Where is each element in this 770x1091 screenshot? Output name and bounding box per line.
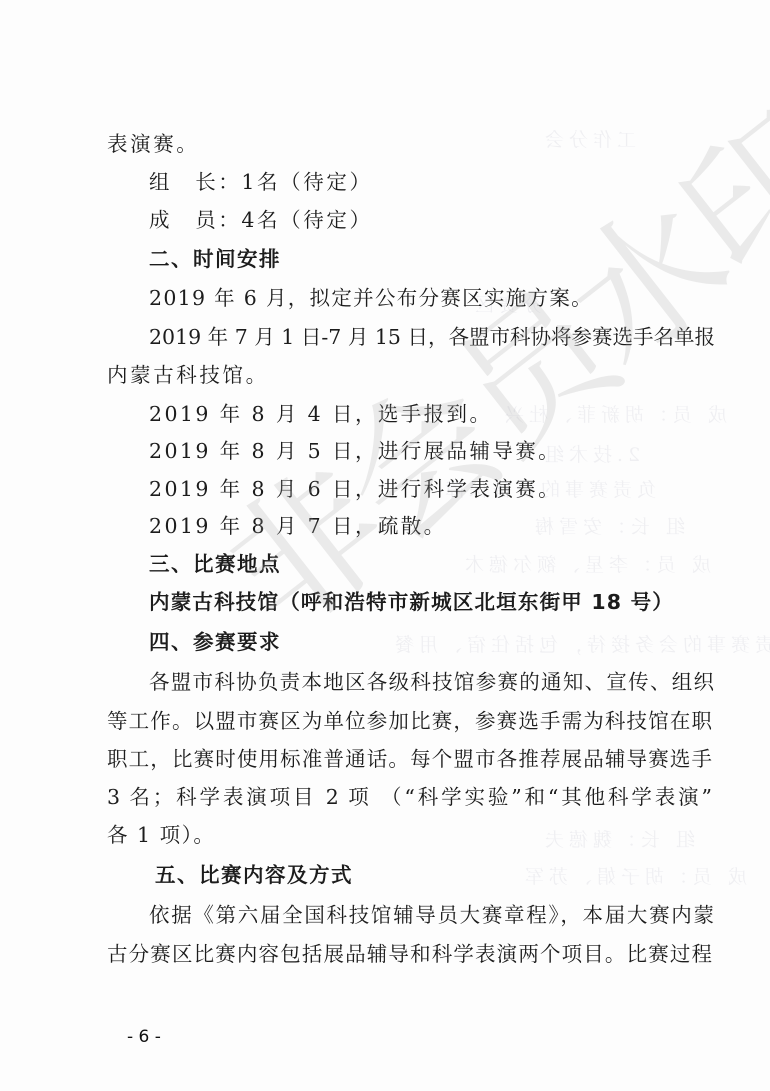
text-line: 古分赛区比赛内容包括展品辅导和科学表演两个项目。比赛过程	[107, 941, 712, 967]
bleed-through-text: 组 长：安雪梅	[530, 512, 685, 539]
text-line: 2019 年 8 月 7 日，疏散。	[149, 513, 447, 539]
text-line: 组 长：1名（待定）	[149, 169, 373, 195]
bleed-through-text: 工作分会	[540, 125, 636, 152]
text-line: 内蒙古科技馆。	[107, 362, 269, 388]
bleed-through-text: 负责赛事的会务接待，包括住宿、用餐	[390, 630, 770, 657]
bleed-through-text: 成 员：胡子娟、苏军	[520, 862, 747, 889]
text-line: 2019 年 7 月 1 日-7 月 15 日，各盟市科协将参赛选手名单报	[149, 324, 714, 350]
section-heading: 四、参赛要求	[149, 629, 281, 655]
text-line: 成 员：4名（待定）	[149, 207, 373, 233]
text-line: 2019 年 6 月，拟定并公布分赛区实施方案。	[149, 285, 593, 311]
text-line: 各 1 项）。	[107, 822, 215, 848]
text-line: 各盟市科协负责本地区各级科技馆参赛的通知、宣传、组织	[149, 669, 714, 695]
document-page: 工作分会 分赛区 成 员：胡新菲、杜兴 2.技术组 负责赛事的设备保障 组 长：…	[0, 0, 770, 1091]
page-number: - 6 -	[127, 1027, 161, 1047]
bleed-through-text: 成 员：李星、额尔德木	[460, 550, 711, 577]
section-heading: 五、比赛内容及方式	[155, 862, 353, 888]
text-line: 职工，比赛时使用标准普通话。每个盟市各推荐展品辅导赛选手	[107, 746, 712, 772]
bleed-through-text: 组 长：魏德夫	[540, 825, 695, 852]
text-line: 等工作。以盟市赛区为单位参加比赛，参赛选手需为科技馆在职	[107, 708, 712, 734]
section-heading: 二、时间安排	[149, 246, 281, 272]
venue-address: 内蒙古科技馆（呼和浩特市新城区北垣东街甲 18 号）	[149, 589, 674, 615]
text-line: 2019 年 8 月 6 日，进行科学表演赛。	[149, 476, 561, 502]
section-heading: 三、比赛地点	[149, 551, 281, 577]
text-line: 2019 年 8 月 5 日，进行展品辅导赛。	[149, 438, 561, 464]
bleed-through-text: 成 员：胡新菲、杜兴	[500, 400, 727, 427]
text-line: 3 名；科学表演项目 2 项 （“科学实验”和“其他科学表演”	[107, 784, 712, 810]
text-line: 表演赛。	[107, 131, 199, 157]
text-line: 依据《第六届全国科技馆辅导员大赛章程》，本届大赛内蒙	[149, 902, 714, 928]
text-line: 2019 年 8 月 4 日，选手报到。	[149, 401, 492, 427]
